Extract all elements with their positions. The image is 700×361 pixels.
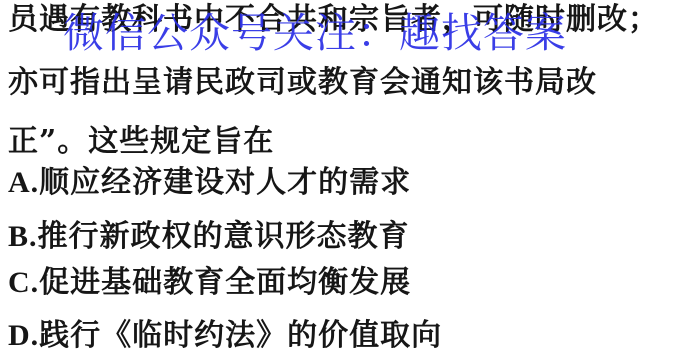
question-stem-line-3: 正”。这些规定旨在 xyxy=(8,122,274,162)
option-c-letter: C. xyxy=(8,266,39,299)
option-a-letter: A. xyxy=(8,166,39,199)
option-c: C.促进基础教育全面均衡发展 xyxy=(8,263,411,303)
option-d-letter: D. xyxy=(8,319,39,352)
option-b-text: 推行新政权的意识形态教育 xyxy=(38,219,410,254)
watermark-overlay: 微信公众号关注：趣找答案 xyxy=(63,8,567,58)
option-b: B.推行新政权的意识形态教育 xyxy=(8,217,410,257)
option-d-text: 践行《临时约法》的价值取向 xyxy=(39,318,442,353)
question-stem-line-2: 亦可指出呈请民政司或教育会通知该书局改 xyxy=(8,63,597,103)
option-a: A.顺应经济建设对人才的需求 xyxy=(8,163,411,203)
option-b-letter: B. xyxy=(8,220,38,253)
option-d: D.践行《临时约法》的价值取向 xyxy=(8,316,442,356)
option-a-text: 顺应经济建设对人才的需求 xyxy=(39,165,411,200)
option-c-text: 促进基础教育全面均衡发展 xyxy=(39,265,411,300)
question-page: 员遇有教科书中不合共和宗旨者，可随时删改； 亦可指出呈请民政司或教育会通知该书局… xyxy=(0,0,700,361)
